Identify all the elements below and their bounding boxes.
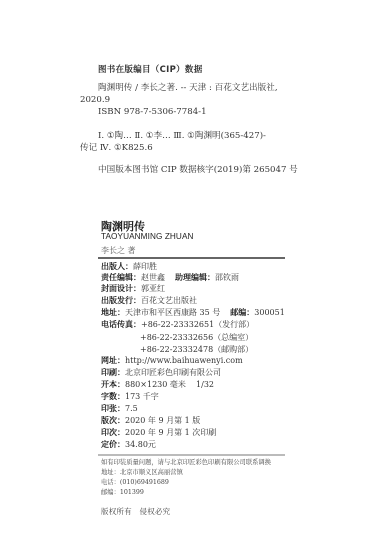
notice-address: 地址：北京市顺义区高丽营镇	[101, 468, 183, 478]
edition-label: 版次：	[101, 416, 125, 425]
book-author: 李长之 著	[101, 245, 136, 256]
distribution-row: 出版发行：百花文艺出版社	[101, 296, 197, 306]
edition-row: 版次：2020 年 9 月第 1 版	[101, 416, 200, 426]
format-value: 880×1230 毫米 1/32	[125, 380, 214, 389]
printing-row: 印次：2020 年 9 月第 1 次印刷	[101, 428, 216, 438]
format-label: 开本：	[101, 380, 125, 389]
website-row: 网址：http://www.baihuawenyi.com	[101, 356, 243, 366]
printer-row: 印刷：北京印匠彩色印刷有限公司	[101, 368, 221, 378]
copyright-notice: 版权所有 侵权必究	[101, 506, 170, 517]
distribution-label: 出版发行：	[101, 296, 141, 305]
publisher-person-label: 出版人：	[101, 262, 133, 271]
phone-mail-order: +86-22-23332478（邮购部）	[140, 344, 253, 355]
cip-line-record-number: 中国版本图书馆 CIP 数据核字(2019)第 265047 号	[98, 165, 298, 176]
distribution-value: 百花文艺出版社	[141, 296, 197, 305]
book-title-pinyin: TAOYUANMING ZHUAN	[101, 232, 194, 241]
printer-label: 印刷：	[101, 368, 125, 377]
title-divider	[98, 257, 285, 259]
edition-value: 2020 年 9 月第 1 版	[125, 416, 200, 425]
cip-line-classification: Ⅰ. ①陶… Ⅱ. ①李… Ⅲ. ①陶渊明(365-427)-	[98, 131, 266, 142]
website-label: 网址：	[101, 356, 125, 365]
printing-value: 2020 年 9 月第 1 次印刷	[125, 428, 216, 437]
editor-value: 赵世鑫	[141, 273, 165, 282]
word-count-row: 字数：173 千字	[101, 392, 159, 402]
price-row: 定价：34.80元	[101, 440, 156, 450]
notice-postcode: 邮编：101399	[101, 488, 144, 498]
editor-row: 责任编辑：赵世鑫助理编辑：邵钦雨	[101, 273, 239, 283]
postcode-value: 300051	[254, 308, 285, 317]
phone-editorial-office: +86-22-23332656（总编室）	[140, 332, 253, 343]
cip-title: 图书在版编目（CIP）数据	[98, 63, 203, 75]
sheets-row: 印张：7.5	[101, 404, 138, 414]
cover-design-row: 封面设计：郭亚红	[101, 284, 165, 294]
publisher-person-value: 薛印胜	[133, 262, 157, 271]
assistant-editor-value: 邵钦雨	[215, 273, 239, 282]
publisher-person-row: 出版人：薛印胜	[101, 262, 157, 272]
postcode-label: 邮编：	[230, 308, 254, 317]
assistant-editor-label: 助理编辑：	[175, 273, 215, 282]
price-label: 定价：	[101, 440, 125, 449]
cip-line-classification-cont: 传记 Ⅳ. ①K825.6	[80, 143, 153, 154]
address-label: 地址：	[101, 308, 125, 317]
address-row: 地址：天津市和平区西康路 35 号邮编：300051	[101, 308, 285, 318]
cip-line-date: 2020.9	[80, 95, 110, 106]
word-count-value: 173 千字	[125, 392, 159, 401]
address-value: 天津市和平区西康路 35 号	[125, 308, 220, 317]
website-value: http://www.baihuawenyi.com	[125, 356, 243, 365]
sheets-value: 7.5	[125, 404, 138, 413]
quality-notice: 如有印装质量问题，请与北京印匠彩色印刷有限公司联系调换	[101, 458, 271, 468]
notice-phone: 电话：(010)69491689	[101, 478, 169, 488]
phone-fax-row: 电话传真：+86-22-23332651（发行部）	[101, 320, 254, 330]
word-count-label: 字数：	[101, 392, 125, 401]
cover-design-value: 郭亚红	[141, 284, 165, 293]
phone-distribution: +86-22-23332651（发行部）	[141, 320, 254, 329]
phone-fax-label: 电话传真：	[101, 320, 141, 329]
editor-label: 责任编辑：	[101, 273, 141, 282]
sheets-label: 印张：	[101, 404, 125, 413]
format-row: 开本：880×1230 毫米 1/32	[101, 380, 214, 390]
printer-value: 北京印匠彩色印刷有限公司	[125, 368, 221, 377]
cip-line-isbn: ISBN 978-7-5306-7784-1	[98, 107, 207, 118]
printing-label: 印次：	[101, 428, 125, 437]
cover-design-label: 封面设计：	[101, 284, 141, 293]
notice-divider	[98, 454, 285, 456]
price-value: 34.80元	[125, 440, 156, 449]
cip-line-bibliographic: 陶渊明传 / 李长之著. -- 天津 : 百花文艺出版社,	[98, 83, 278, 94]
